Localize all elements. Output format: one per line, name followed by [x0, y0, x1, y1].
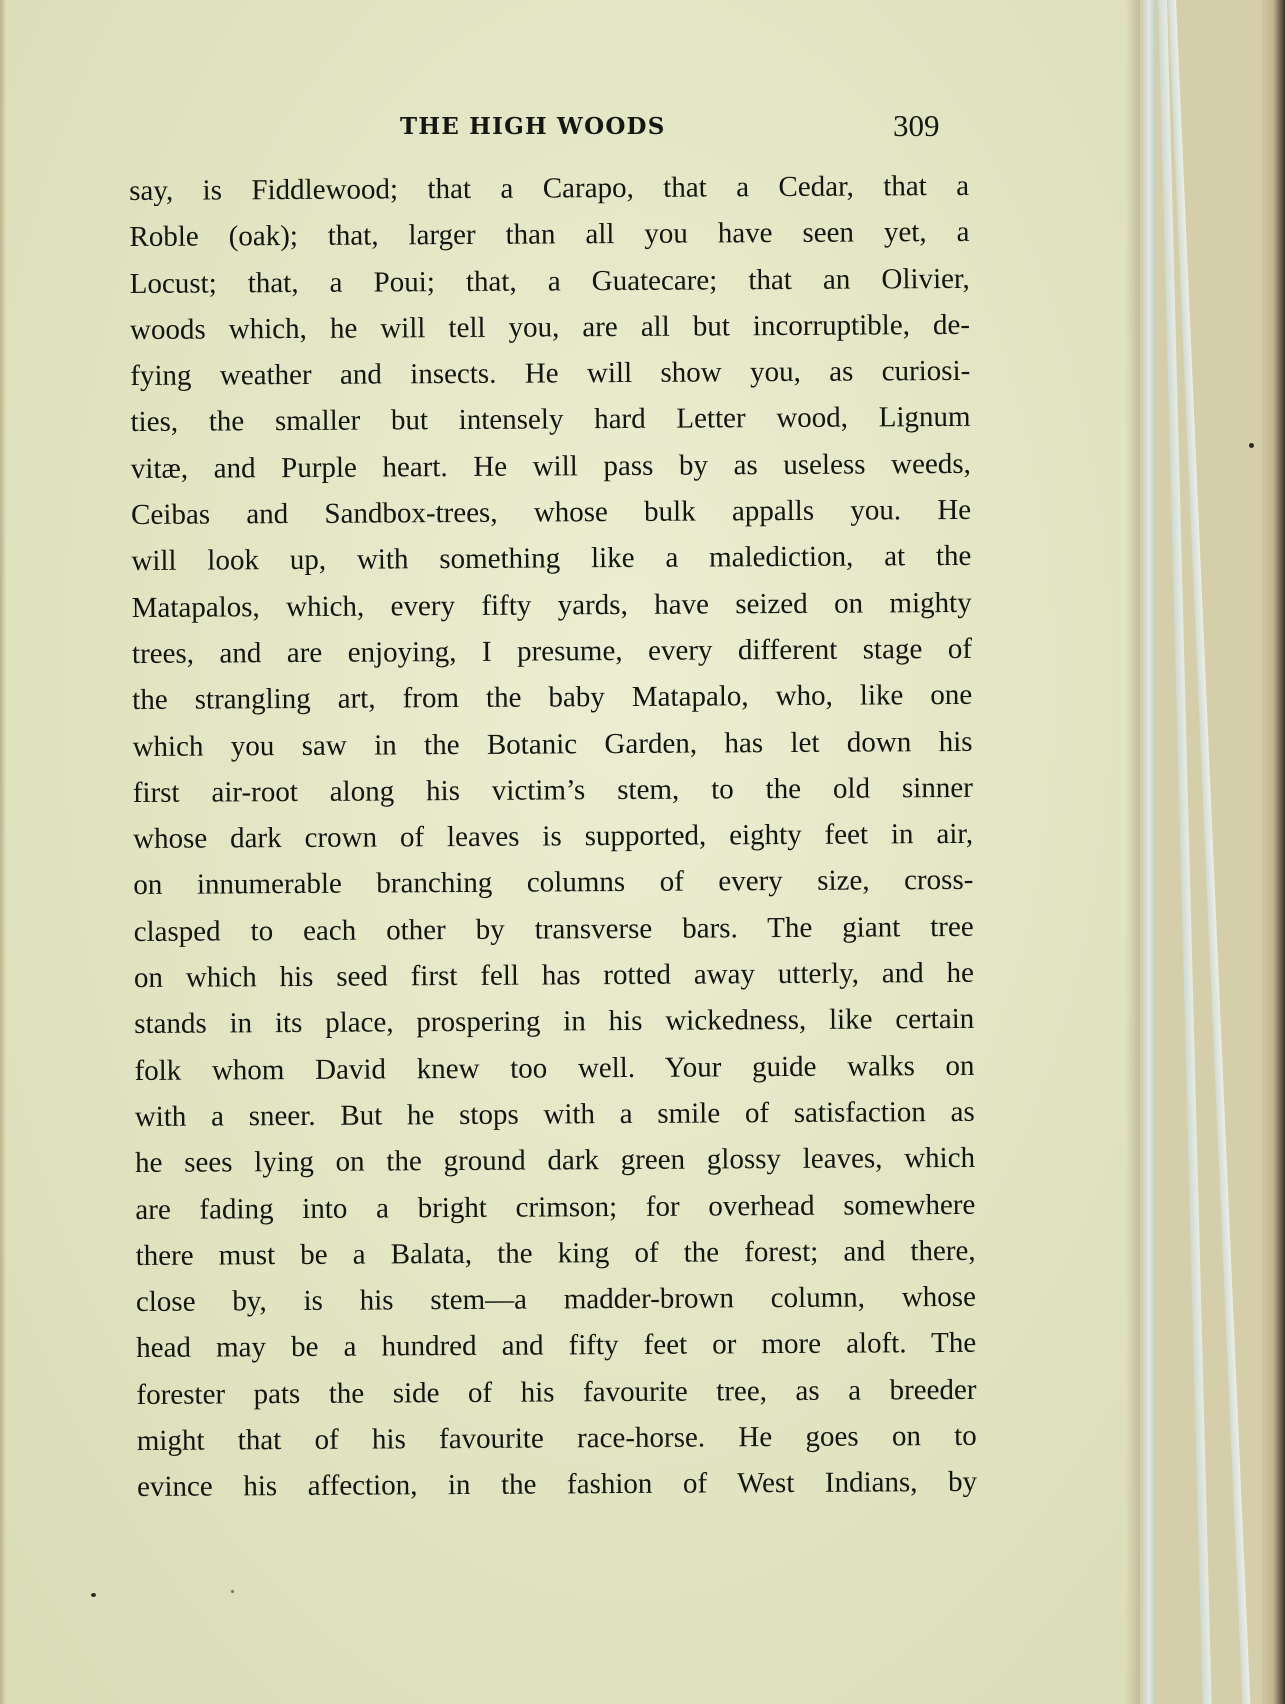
page-edge [1143, 0, 1155, 1704]
page-number: 309 [893, 108, 940, 144]
text-line: there must be a Balata, the king of the … [136, 1228, 976, 1279]
running-head: THE HIGH WOODS [400, 113, 666, 140]
text-line: folk whom David knew too well. Your guid… [134, 1042, 974, 1093]
text-line: Ceibas and Sandbox-trees, whose bulk app… [131, 487, 971, 538]
text-line: forester pats the side of his favourite … [136, 1367, 976, 1418]
text-line: with a sneer. But he stops with a smile … [135, 1089, 975, 1140]
book-page: THE HIGH WOODS 309 say, is Fiddlewood; t… [0, 0, 1140, 1704]
text-line: Matapalos, which, every fifty yards, hav… [132, 580, 972, 631]
text-line: might that of his favourite race-horse. … [137, 1413, 977, 1464]
body-text: say, is Fiddlewood; that a Carapo, that … [129, 163, 977, 1511]
text-line: are fading into a bright crimson; for ov… [135, 1181, 975, 1232]
paper-speck [1249, 443, 1254, 448]
text-line: fying weather and insects. He will show … [130, 348, 970, 399]
text-line: close by, is his stem—a madder-brown col… [136, 1274, 976, 1325]
paper-speck [231, 1590, 234, 1593]
text-line: evince his affection, in the fashion of … [137, 1459, 977, 1510]
paper-speck [91, 1593, 96, 1597]
page-left-edge [0, 0, 6, 1704]
text-line: clasped to each other by transverse bars… [134, 904, 974, 955]
text-line: first air-root along his victim’s stem, … [133, 765, 973, 816]
text-line: the strangling art, from the baby Matapa… [132, 672, 972, 723]
text-line: woods which, he will tell you, are all b… [130, 302, 970, 353]
book-cover-edge [1262, 0, 1285, 1704]
text-line: vitæ, and Purple heart. He will pass by … [131, 441, 971, 492]
text-line: on innumerable branching columns of ever… [133, 857, 973, 908]
text-line: head may be a hundred and fifty feet or … [136, 1320, 976, 1371]
text-line: on which his seed first fell has rotted … [134, 950, 974, 1001]
text-line: ties, the smaller but intensely hard Let… [130, 394, 970, 445]
text-line: which you saw in the Botanic Garden, has… [132, 718, 972, 769]
text-line: Roble (oak); that, larger than all you h… [129, 209, 969, 260]
text-line: stands in its place, prospering in his w… [134, 996, 974, 1047]
text-line: trees, and are enjoying, I presume, ever… [132, 626, 972, 677]
text-line: say, is Fiddlewood; that a Carapo, that … [129, 163, 969, 214]
text-line: Locust; that, a Poui; that, a Guatecare;… [130, 255, 970, 306]
text-line: whose dark crown of leaves is supported,… [133, 811, 973, 862]
text-line: will look up, with something like a male… [131, 533, 971, 584]
text-line: he sees lying on the ground dark green g… [135, 1135, 975, 1186]
